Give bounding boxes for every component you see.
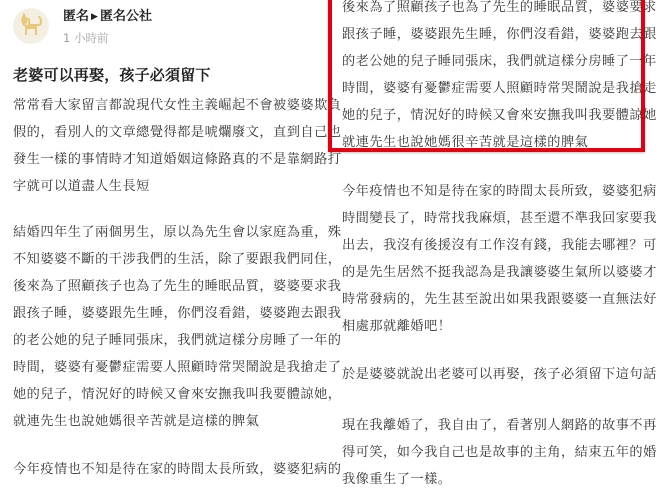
text-line: 得可笑，如今我自己也是故事的主角，結束五年的婚姻 bbox=[342, 439, 656, 466]
text-line: 假的，看別人的文章總覺得都是唬爛廢文，直到自己也 bbox=[13, 119, 313, 146]
text-line: 我像重生了一樣。 bbox=[342, 466, 656, 492]
post-time: 1 小時前 bbox=[63, 30, 152, 46]
text-line: 時常發病的，先生甚至說出如果我跟婆婆一直無法好好 bbox=[342, 286, 656, 313]
author-name[interactable]: 匿名 bbox=[63, 9, 89, 24]
text-line: 今年疫情也不知是待在家的時間太長所致，婆婆犯病的 bbox=[342, 178, 656, 205]
post-header: 匿名▶匿名公社 1 小時前 bbox=[13, 8, 152, 46]
text-line: 就連先生也說她媽很辛苦就是這樣的脾氣 bbox=[342, 129, 656, 156]
text-line: 於是婆婆就說出老婆可以再娶，孩子必須留下這句話.... bbox=[342, 361, 656, 388]
paragraph-1: 常常看大家留言都說現代女性主義崛起不會被婆婆欺負 假的，看別人的文章總覺得都是唬… bbox=[13, 92, 313, 200]
text-line: 時間變長了，時常找我麻煩，甚至還不準我回家要我滾 bbox=[342, 205, 656, 232]
paragraph-5: 現在我離婚了，我自由了，看著別人網路的故事不再覺 得可笑，如今我自己也是故事的主… bbox=[342, 412, 656, 492]
paragraph-2: 結婚四年生了兩個男生，原以為先生會以家庭為重，殊 不知婆婆不斷的干涉我們的生活，… bbox=[13, 219, 313, 435]
text-line: 的老公她的兒子睡同張床，我們就這樣分房睡了一年的 bbox=[13, 327, 313, 354]
board-name[interactable]: 匿名公社 bbox=[100, 9, 152, 24]
text-line: 不知婆婆不斷的干涉我們的生活，除了要跟我們同住， bbox=[13, 246, 313, 273]
text-line: 出去，我沒有後援沒有工作沒有錢，我能去哪裡？可笑 bbox=[342, 232, 656, 259]
post-title: 老婆可以再娶，孩子必須留下 bbox=[13, 64, 211, 85]
text-line: 後來為了照顧孩子也為了先生的睡眠品質，婆婆要求我 bbox=[342, 0, 656, 21]
author-board-line: 匿名▶匿名公社 bbox=[63, 8, 152, 26]
text-line: 結婚四年生了兩個男生，原以為先生會以家庭為重，殊 bbox=[13, 219, 313, 246]
text-line: 時間，婆婆有憂鬱症需要人照顧時常哭鬧說是我搶走了 bbox=[342, 75, 656, 102]
text-line: 常常看大家留言都說現代女性主義崛起不會被婆婆欺負 bbox=[13, 92, 313, 119]
paragraph-4: 於是婆婆就說出老婆可以再娶，孩子必須留下這句話.... bbox=[342, 361, 656, 388]
text-line: 現在我離婚了，我自由了，看著別人網路的故事不再覺 bbox=[342, 412, 656, 439]
text-line: 就連先生也說她媽很辛苦就是這樣的脾氣 bbox=[13, 408, 313, 435]
text-line: 時間，婆婆有憂鬱症需要人照顧時常哭鬧說是我搶走了 bbox=[13, 354, 313, 381]
paragraph-3-continued: 今年疫情也不知是待在家的時間太長所致，婆婆犯病的 時間變長了，時常找我麻煩，甚至… bbox=[342, 178, 656, 340]
text-line: 今年疫情也不知是待在家的時間太長所致，婆婆犯病的 bbox=[13, 456, 313, 483]
text-line: 字就可以道盡人生長短 bbox=[13, 173, 313, 200]
text-line: 發生一樣的事情時才知道婚姻這條路真的不是靠網路打 bbox=[13, 146, 313, 173]
text-line: 相處那就離婚吧！ bbox=[342, 313, 656, 340]
highlighted-paragraph: 後來為了照顧孩子也為了先生的睡眠品質，婆婆要求我 跟孩子睡，婆婆跟先生睡，你們沒… bbox=[342, 0, 656, 156]
cat-avatar-icon bbox=[16, 11, 46, 41]
text-line: 的老公她的兒子睡同張床，我們就這樣分房睡了一年的 bbox=[342, 48, 656, 75]
avatar[interactable] bbox=[13, 8, 49, 44]
paragraph-3: 今年疫情也不知是待在家的時間太長所致，婆婆犯病的 bbox=[13, 456, 313, 483]
text-line: 她的兒子，情況好的時候又會來安撫我叫我要體諒她， bbox=[13, 381, 313, 408]
text-line: 她的兒子，情況好的時候又會來安撫我叫我要體諒她， bbox=[342, 102, 656, 129]
text-line: 後來為了照顧孩子也為了先生的睡眠品質，婆婆要求我 bbox=[13, 273, 313, 300]
arrow-right-icon: ▶ bbox=[91, 12, 98, 22]
text-line: 的是先生居然不挺我認為是我讓婆婆生氣所以婆婆才會 bbox=[342, 259, 656, 286]
text-line: 跟孩子睡，婆婆跟先生睡，你們沒看錯，婆婆跑去跟我 bbox=[342, 21, 656, 48]
text-line: 跟孩子睡，婆婆跟先生睡，你們沒看錯，婆婆跑去跟我 bbox=[13, 300, 313, 327]
